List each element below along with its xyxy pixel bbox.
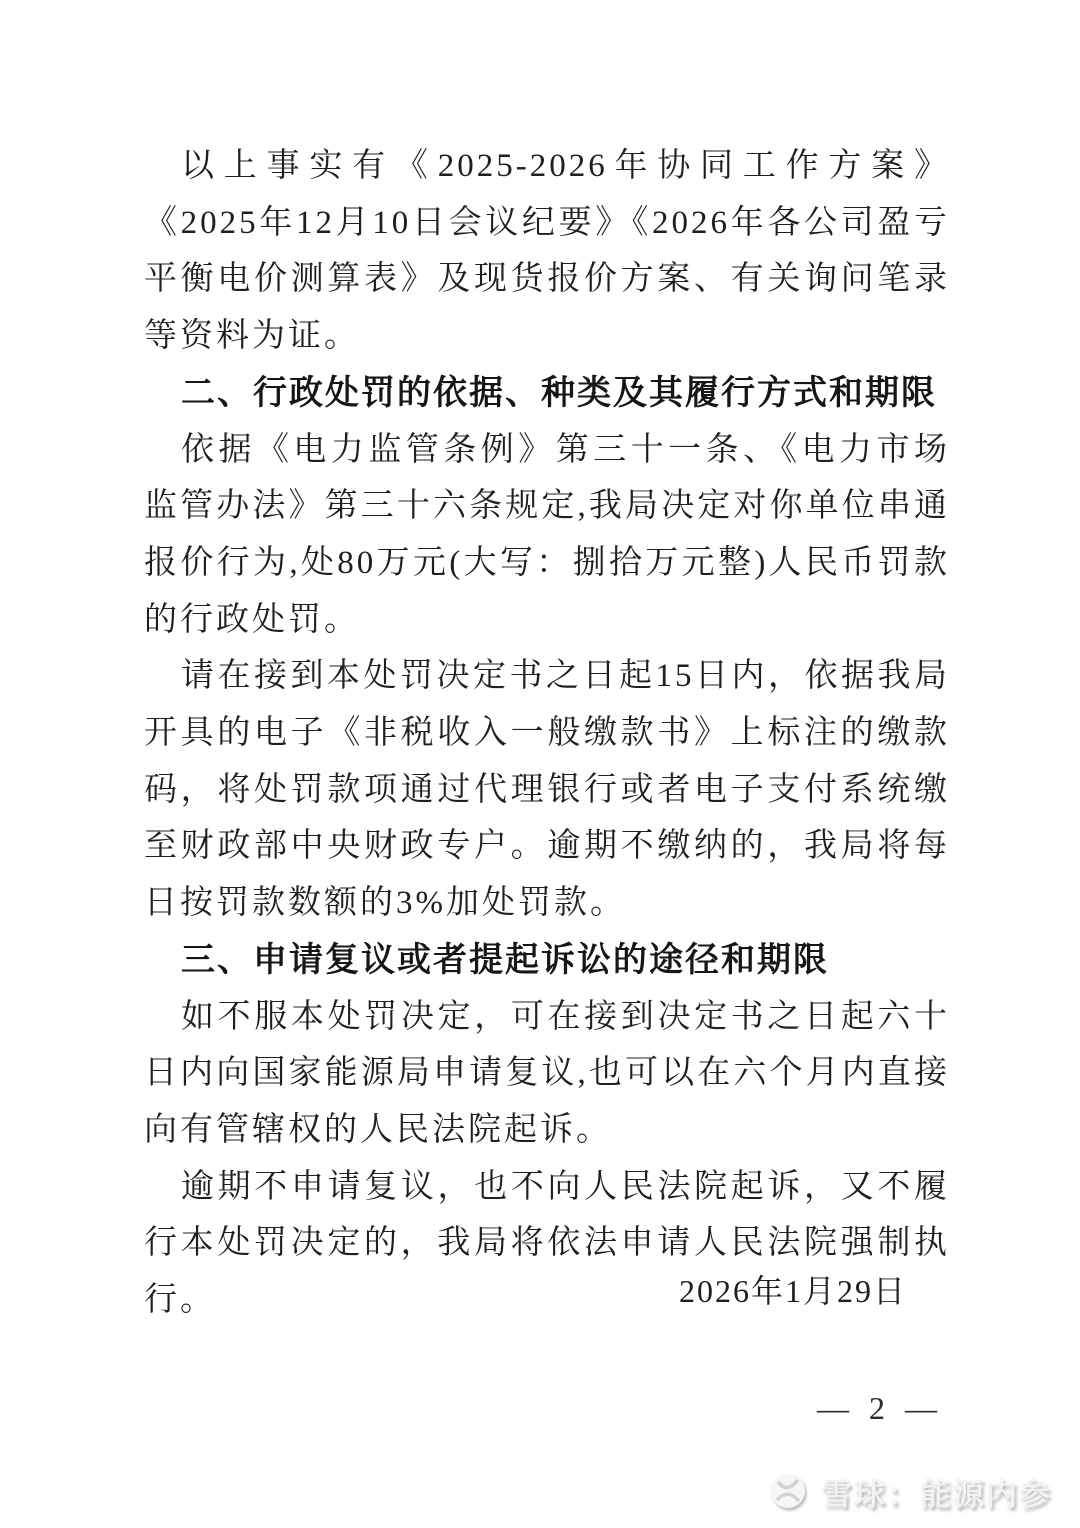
watermark: 雪球：能源内参 — [767, 1469, 1052, 1514]
section-heading-penalty-basis: 二、行政处罚的依据、种类及其履行方式和期限 — [144, 365, 950, 422]
watermark-text: 雪球：能源内参 — [821, 1469, 1052, 1514]
document-body: 以上事实有《2025-2026年协同工作方案》《2025年12月10日会议纪要》… — [144, 138, 950, 1329]
decision-date: 2026年1月29日 — [679, 1266, 907, 1312]
page-number: — 2 — — [817, 1390, 943, 1427]
paragraph-payment-instructions: 请在接到本处罚决定书之日起15日内，依据我局开具的电子《非税收入一般缴款书》上标… — [144, 648, 950, 932]
paragraph-evidence: 以上事实有《2025-2026年协同工作方案》《2025年12月10日会议纪要》… — [144, 138, 950, 365]
section-heading-appeal: 三、申请复议或者提起诉讼的途径和期限 — [144, 932, 950, 989]
paragraph-appeal-rights: 如不服本处罚决定，可在接到决定书之日起六十日内向国家能源局申请复议,也可以在六个… — [144, 989, 950, 1159]
document-page: 以上事实有《2025-2026年协同工作方案》《2025年12月10日会议纪要》… — [0, 0, 1080, 1528]
xueqiu-logo-icon — [767, 1470, 811, 1514]
paragraph-penalty-decision: 依据《电力监管条例》第三十一条、《电力市场监管办法》第三十六条规定,我局决定对你… — [144, 422, 950, 649]
